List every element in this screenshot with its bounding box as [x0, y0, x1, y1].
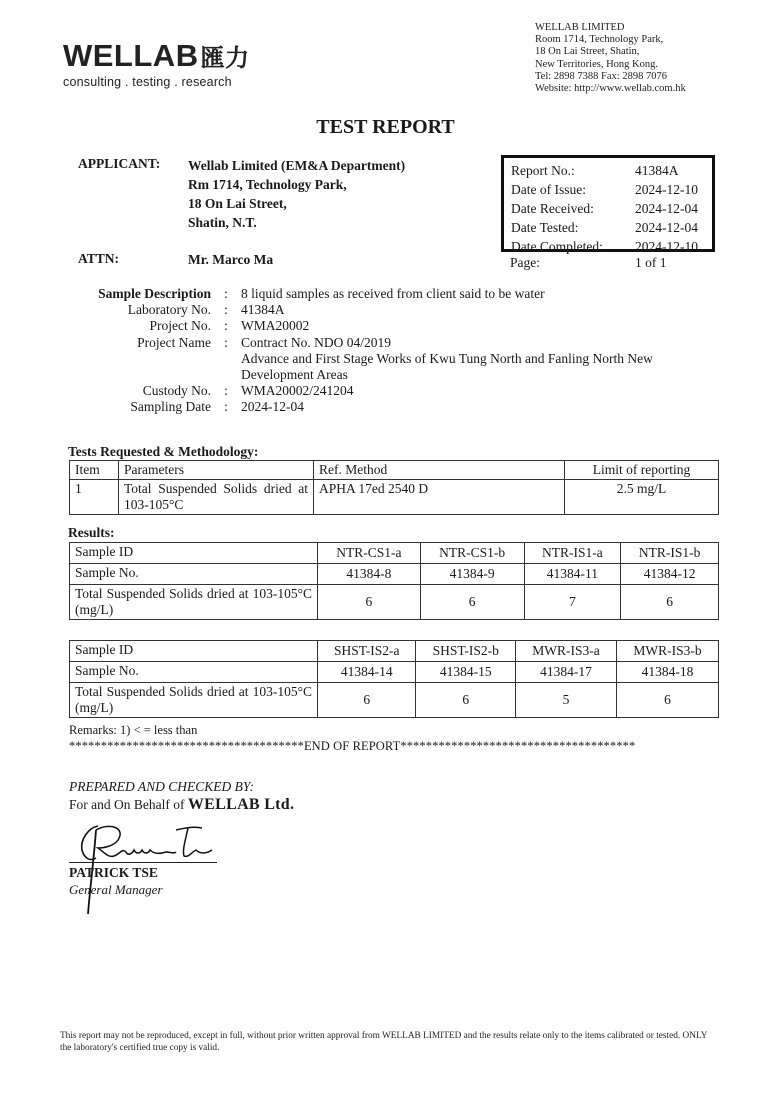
cell-sample-id: NTR-CS1-a	[318, 543, 421, 564]
info-label: Date of Issue:	[511, 180, 635, 199]
cell-tss: 6	[318, 585, 421, 620]
cell-sample-id: NTR-IS1-a	[524, 543, 621, 564]
page-value: 1 of 1	[635, 255, 667, 271]
row-label: Sample No.	[70, 662, 318, 683]
page-number-row: Page: 1 of 1	[510, 255, 667, 271]
table-row: 1 Total Suspended Solids dried at 103-10…	[70, 480, 719, 515]
colon: :	[211, 302, 241, 318]
report-info-box: Report No.:41384A Date of Issue:2024-12-…	[501, 155, 715, 252]
company-name: WELLAB LIMITED	[535, 22, 686, 34]
remarks: Remarks: 1) < = less than	[69, 723, 197, 738]
table-row-tss: Total Suspended Solids dried at 103-105°…	[70, 683, 719, 718]
detail-value: 41384A	[241, 302, 721, 318]
signer-name: PATRICK TSE	[69, 865, 158, 881]
cell-sample-no: 41384-12	[621, 564, 719, 585]
info-value: 2024-12-10	[635, 237, 698, 256]
colon: :	[211, 399, 241, 415]
info-value: 2024-12-04	[635, 218, 698, 237]
detail-value: WMA20002/241204	[241, 383, 721, 399]
row-label: Sample ID	[70, 641, 318, 662]
company-address-line: 18 On Lai Street, Shatin,	[535, 46, 686, 58]
applicant-name: Wellab Limited (EM&A Department)	[188, 156, 405, 175]
detail-label: Sampling Date	[80, 399, 211, 415]
end-of-report: *************************************END…	[69, 739, 635, 754]
company-address-line: New Territories, Hong Kong.	[535, 59, 686, 71]
header-item: Item	[70, 461, 119, 480]
cell-limit: 2.5 mg/L	[565, 480, 719, 515]
info-value: 2024-12-04	[635, 199, 698, 218]
detail-label	[80, 351, 211, 383]
prepared-by-label: PREPARED AND CHECKED BY:	[69, 779, 254, 795]
cell-tss: 5	[515, 683, 616, 718]
colon: :	[211, 335, 241, 351]
tests-table: Item Parameters Ref. Method Limit of rep…	[69, 460, 719, 515]
cell-sample-no: 41384-17	[515, 662, 616, 683]
info-value: 2024-12-10	[635, 180, 698, 199]
info-label: Date Completed:	[511, 237, 635, 256]
company-address: WELLAB LIMITED Room 1714, Technology Par…	[535, 22, 686, 95]
page-label: Page:	[510, 255, 635, 271]
detail-row-project-name: Project Name:Contract No. NDO 04/2019	[80, 335, 721, 351]
table-row-sample-id: Sample ID SHST-IS2-a SHST-IS2-b MWR-IS3-…	[70, 641, 719, 662]
date-completed-row: Date Completed:2024-12-10	[511, 237, 712, 256]
row-label: Sample ID	[70, 543, 318, 564]
table-row-tss: Total Suspended Solids dried at 103-105°…	[70, 585, 719, 620]
attn-label: ATTN:	[78, 251, 119, 267]
logo-brand-cn: 匯力	[201, 44, 250, 72]
results-table-1: Sample ID NTR-CS1-a NTR-CS1-b NTR-IS1-a …	[69, 542, 719, 620]
detail-value: Advance and First Stage Works of Kwu Tun…	[241, 351, 721, 383]
applicant-address-line: Shatin, N.T.	[188, 213, 405, 232]
on-behalf-line: For and On Behalf of WELLAB Ltd.	[69, 796, 294, 814]
cell-tss: 6	[420, 585, 524, 620]
colon: :	[211, 383, 241, 399]
cell-tss: 6	[416, 683, 515, 718]
company-website: Website: http://www.wellab.com.hk	[535, 83, 686, 95]
info-label: Date Received:	[511, 199, 635, 218]
cell-tss: 6	[621, 585, 719, 620]
cell-sample-id: NTR-IS1-b	[621, 543, 719, 564]
logo-brand: WELLAB	[63, 38, 199, 73]
applicant-label: APPLICANT:	[78, 156, 160, 172]
applicant-address: Wellab Limited (EM&A Department) Rm 1714…	[188, 156, 405, 232]
info-value: 41384A	[635, 161, 679, 180]
cell-tss: 6	[616, 683, 718, 718]
footer-disclaimer: This report may not be reproduced, excep…	[60, 1030, 720, 1054]
cell-sample-no: 41384-15	[416, 662, 515, 683]
table-row-sample-id: Sample ID NTR-CS1-a NTR-CS1-b NTR-IS1-a …	[70, 543, 719, 564]
detail-value: 2024-12-04	[241, 399, 721, 415]
date-tested-row: Date Tested:2024-12-04	[511, 218, 712, 237]
table-row-sample-no: Sample No. 41384-14 41384-15 41384-17 41…	[70, 662, 719, 683]
detail-label: Laboratory No.	[80, 302, 211, 318]
cell-sample-id: NTR-CS1-b	[420, 543, 524, 564]
row-label: Sample No.	[70, 564, 318, 585]
header-limit: Limit of reporting	[565, 461, 719, 480]
cell-sample-no: 41384-9	[420, 564, 524, 585]
attn-value: Mr. Marco Ma	[188, 252, 273, 268]
header-parameters: Parameters	[119, 461, 314, 480]
detail-row-sample-description: Sample Description:8 liquid samples as r…	[80, 286, 721, 302]
detail-row-project-name-cont: Advance and First Stage Works of Kwu Tun…	[80, 351, 721, 383]
table-row-sample-no: Sample No. 41384-8 41384-9 41384-11 4138…	[70, 564, 719, 585]
detail-label: Custody No.	[80, 383, 211, 399]
cell-sample-no: 41384-11	[524, 564, 621, 585]
cell-sample-no: 41384-14	[318, 662, 416, 683]
tests-heading: Tests Requested & Methodology:	[68, 444, 258, 460]
cell-tss: 6	[318, 683, 416, 718]
detail-label: Sample Description	[80, 286, 211, 302]
signer-title: General Manager	[69, 882, 163, 898]
cell-item: 1	[70, 480, 119, 515]
header-ref-method: Ref. Method	[314, 461, 565, 480]
company-logo: WELLAB匯力 consulting . testing . research	[63, 40, 250, 89]
cell-ref-method: APHA 17ed 2540 D	[314, 480, 565, 515]
report-title: TEST REPORT	[0, 116, 771, 139]
results-table-2: Sample ID SHST-IS2-a SHST-IS2-b MWR-IS3-…	[69, 640, 719, 718]
detail-value: 8 liquid samples as received from client…	[241, 286, 721, 302]
company-address-line: Room 1714, Technology Park,	[535, 34, 686, 46]
colon: :	[211, 318, 241, 334]
info-label: Report No.:	[511, 161, 635, 180]
detail-label: Project Name	[80, 335, 211, 351]
row-label: Total Suspended Solids dried at 103-105°…	[70, 585, 318, 620]
applicant-address-line: Rm 1714, Technology Park,	[188, 175, 405, 194]
on-behalf-prefix: For and On Behalf of	[69, 797, 188, 812]
table-header-row: Item Parameters Ref. Method Limit of rep…	[70, 461, 719, 480]
applicant-address-line: 18 On Lai Street,	[188, 194, 405, 213]
cell-sample-id: MWR-IS3-b	[616, 641, 718, 662]
detail-value: Contract No. NDO 04/2019	[241, 335, 721, 351]
date-received-row: Date Received:2024-12-04	[511, 199, 712, 218]
cell-sample-id: SHST-IS2-a	[318, 641, 416, 662]
logo-wordmark: WELLAB匯力	[63, 40, 250, 74]
colon: :	[211, 286, 241, 302]
cell-tss: 7	[524, 585, 621, 620]
cell-sample-no: 41384-18	[616, 662, 718, 683]
report-no-row: Report No.:41384A	[511, 161, 712, 180]
signature-line	[69, 862, 217, 863]
detail-row-sampling-date: Sampling Date:2024-12-04	[80, 399, 721, 415]
spacer	[211, 351, 241, 383]
info-label: Date Tested:	[511, 218, 635, 237]
detail-label: Project No.	[80, 318, 211, 334]
results-heading: Results:	[68, 525, 115, 541]
logo-tagline: consulting . testing . research	[63, 75, 250, 89]
cell-sample-no: 41384-8	[318, 564, 421, 585]
detail-value: WMA20002	[241, 318, 721, 334]
row-label: Total Suspended Solids dried at 103-105°…	[70, 683, 318, 718]
date-of-issue-row: Date of Issue:2024-12-10	[511, 180, 712, 199]
detail-row-laboratory-no: Laboratory No.:41384A	[80, 302, 721, 318]
on-behalf-company: WELLAB Ltd.	[188, 796, 294, 813]
company-phone: Tel: 2898 7388 Fax: 2898 7076	[535, 71, 686, 83]
cell-sample-id: MWR-IS3-a	[515, 641, 616, 662]
cell-sample-id: SHST-IS2-b	[416, 641, 515, 662]
detail-row-custody-no: Custody No.:WMA20002/241204	[80, 383, 721, 399]
sample-details: Sample Description:8 liquid samples as r…	[80, 286, 721, 416]
detail-row-project-no: Project No.:WMA20002	[80, 318, 721, 334]
cell-parameter: Total Suspended Solids dried at 103-105°…	[119, 480, 314, 515]
